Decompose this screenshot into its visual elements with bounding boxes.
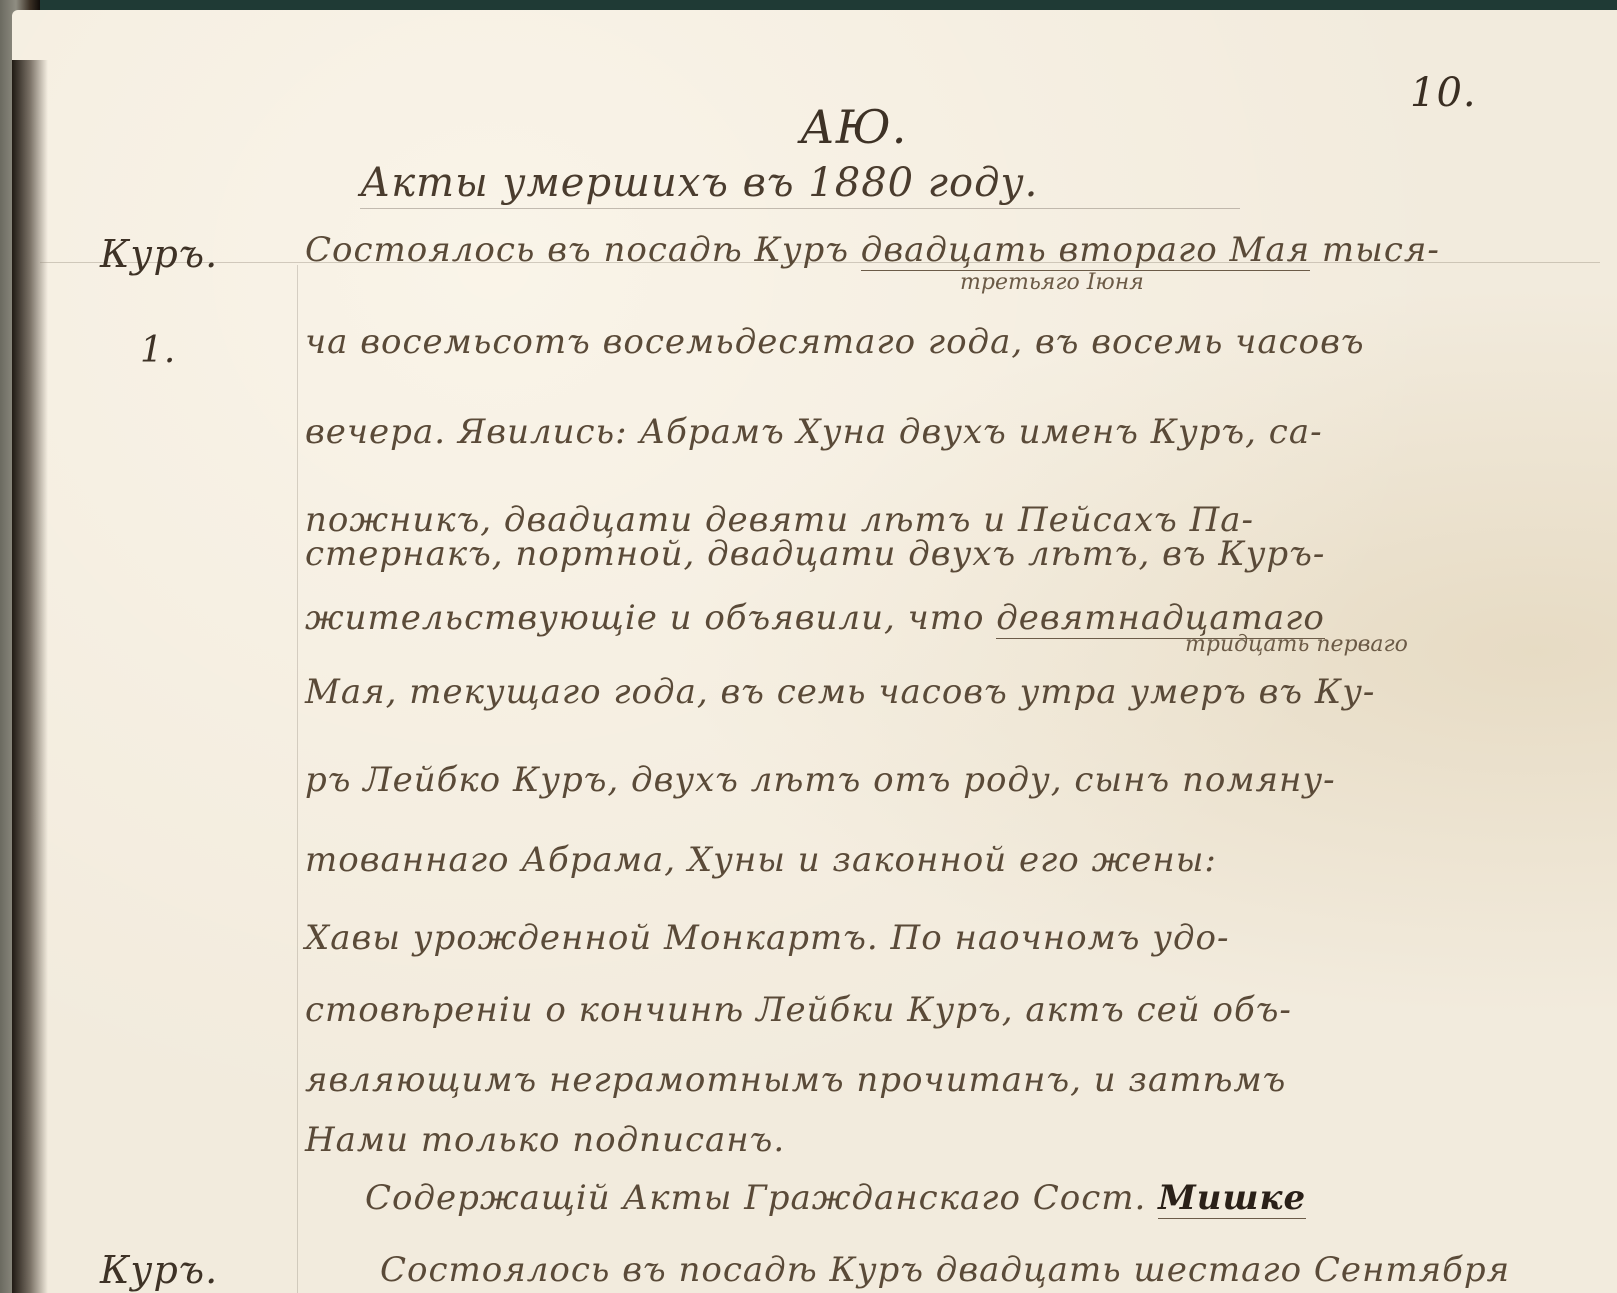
margin-rule bbox=[297, 265, 298, 1293]
registrar-closing: Содержащій Акты Гражданскаго Сост. Мишке bbox=[365, 1178, 1306, 1218]
record-line: являющимъ неграмотнымъ прочитанъ, и затѣ… bbox=[305, 1060, 1286, 1100]
record-line: Состоялось въ посадѣ Куръ двадцать втора… bbox=[305, 230, 1440, 270]
page-title: Акты умершихъ въ 1880 году. bbox=[360, 160, 1240, 209]
line-text: жительствующіе и объявили, что bbox=[305, 598, 984, 638]
record-line: вечера. Явились: Абрамъ Хуна двухъ именъ… bbox=[305, 412, 1323, 452]
margin-town-name: Куръ. bbox=[100, 1248, 218, 1292]
record-line: ча восемьсотъ восемьдесятаго года, въ во… bbox=[305, 322, 1365, 362]
record-line: Мая, текущаго года, въ семь часовъ утра … bbox=[305, 672, 1375, 712]
interlinear-correction: тридцать перваго bbox=[1185, 632, 1408, 657]
margin-record-number: 1. bbox=[140, 330, 176, 371]
record-line: стовѣреніи о кончинѣ Лейбки Куръ, актъ с… bbox=[305, 990, 1292, 1030]
registrar-signature: Мишке bbox=[1158, 1178, 1306, 1219]
record-mark: АЮ. bbox=[800, 100, 907, 154]
record-line: Хавы урожденной Монкартъ. По наочномъ уд… bbox=[305, 918, 1230, 958]
page-number: 10. bbox=[1410, 70, 1477, 116]
record-line: жительствующіе и объявили, что девятнадц… bbox=[305, 598, 1325, 638]
record-line: ръ Лейбко Куръ, двухъ лѣтъ отъ роду, сын… bbox=[305, 760, 1336, 800]
closing-text: Содержащій Акты Гражданскаго Сост. bbox=[365, 1178, 1146, 1218]
line-text: Состоялось въ посадѣ Куръ bbox=[305, 230, 849, 270]
underlined-date: двадцать втораго Мая bbox=[861, 230, 1310, 271]
margin-town-name: Куръ. bbox=[100, 232, 218, 276]
document-scan: 10. АЮ. Акты умершихъ въ 1880 году. Куръ… bbox=[0, 0, 1617, 1293]
gutter-shadow bbox=[12, 60, 48, 1293]
record-line: стернакъ, портной, двадцати двухъ лѣтъ, … bbox=[305, 534, 1325, 574]
record-line: тованнаго Абрама, Хуны и законной его же… bbox=[305, 840, 1217, 880]
line-text-after: тыся- bbox=[1322, 230, 1440, 270]
record-line: Состоялось въ посадѣ Куръ двадцать шеста… bbox=[380, 1250, 1510, 1290]
interlinear-correction: третьяго Іюня bbox=[960, 270, 1144, 295]
record-line: Нами только подписанъ. bbox=[305, 1120, 785, 1160]
